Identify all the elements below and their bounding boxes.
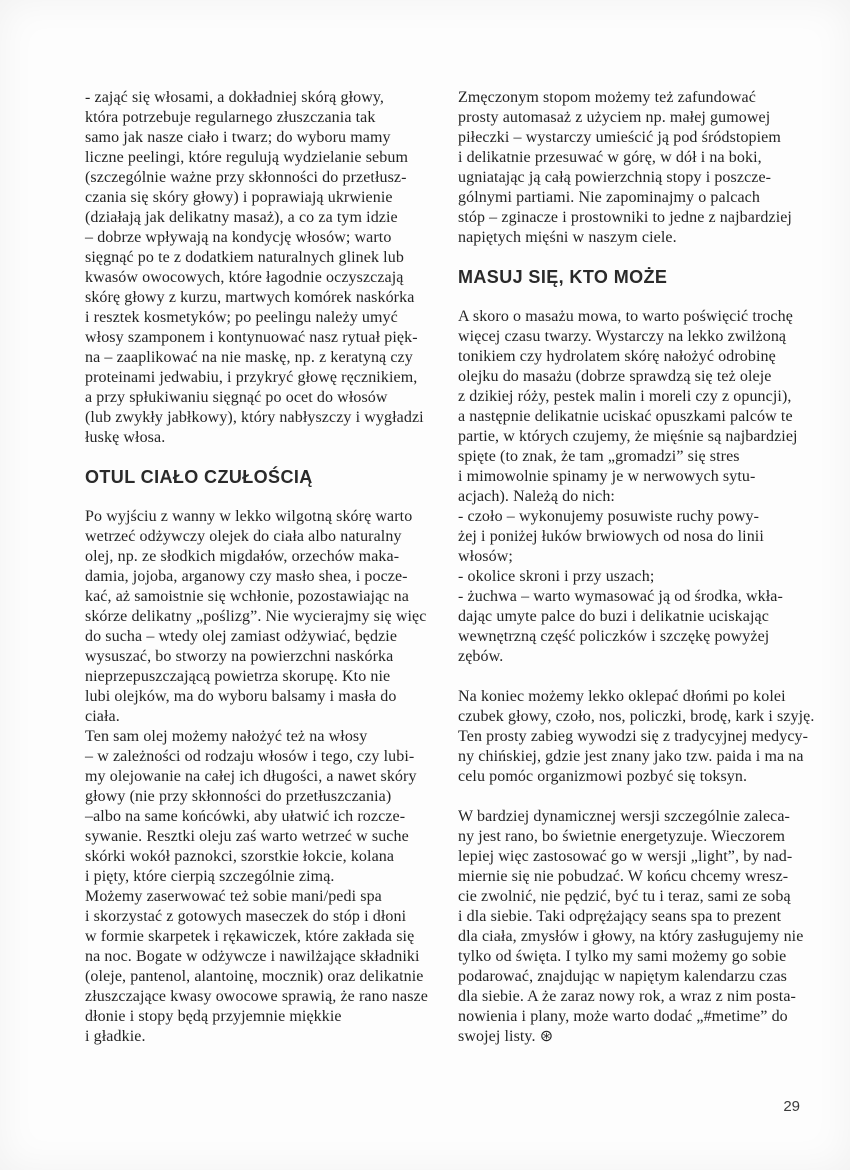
page-number: 29 — [783, 1098, 800, 1115]
paragraph-dynamic-version: W bardziej dynamicznej wersji szczególni… — [458, 807, 828, 1047]
left-column: - zająć się włosami, a dokładniej skórą … — [85, 88, 455, 1047]
right-column: Zmęczonym stopom możemy też zafundować p… — [458, 88, 828, 1047]
paragraph-foot-massage: Zmęczonym stopom możemy też zafundować p… — [458, 88, 828, 248]
paragraph-paida: Na koniec możemy lekko oklepać dłońmi po… — [458, 687, 828, 787]
section-heading-otul-cialo: OTUL CIAŁO CZUŁOŚCIĄ — [85, 467, 455, 487]
section-heading-masuj-sie: MASUJ SIĘ, KTO MOŻE — [458, 267, 828, 287]
magazine-page: - zająć się włosami, a dokładniej skórą … — [0, 0, 850, 1170]
paragraph-face-massage: A skoro o masażu mowa, to warto poświęci… — [458, 307, 828, 667]
paragraph-hair-care: - zająć się włosami, a dokładniej skórą … — [85, 88, 455, 448]
paragraph-body-oil: Po wyjściu z wanny w lekko wilgotną skór… — [85, 507, 455, 1047]
